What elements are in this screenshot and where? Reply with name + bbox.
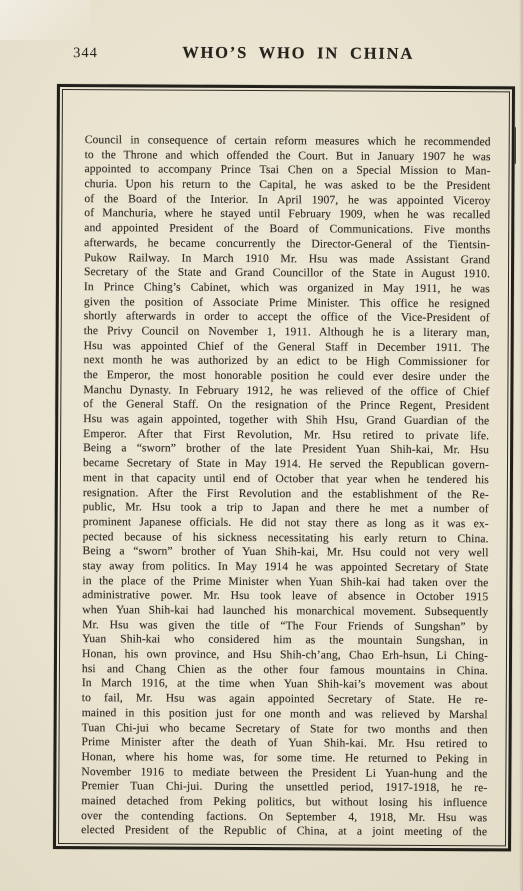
text-line: the Privy Council on November 1, 1911. A… [84,324,490,341]
text-line: the Emperor, the most honorable position… [83,368,489,385]
running-title: WHO’S WHO IN CHINA [182,43,414,63]
scan-artifact [514,127,516,164]
border-frame-inner: Council in consequence of certain reform… [58,89,510,846]
scanned-book-page: 344 WHO’S WHO IN CHINA Council in conseq… [0,0,523,891]
text-line: mained in this position just for one mon… [82,706,488,723]
text-line: afterwards, he became concurrently the D… [84,236,490,253]
text-line: stay away from politics. In May 1914 he … [82,559,488,576]
text-line: elected President of the Republic of Chi… [81,823,487,840]
text-line: Council in consequence of certain reform… [85,133,491,150]
body-text: Council in consequence of certain reform… [81,133,491,840]
running-title-wrap: WHO’S WHO IN CHINA [69,42,523,64]
text-line: ment in that capacity until end of Octob… [83,471,489,488]
text-line: Honan, where his home was, for some time… [81,750,487,767]
scan-edge-shadow [519,0,523,891]
text-line: In Prince Ching’s Cabinet, which was org… [84,280,490,297]
text-line: mained detached from Peking politics, bu… [81,794,487,811]
border-frame: Council in consequence of certain reform… [53,84,515,851]
page-header: 344 WHO’S WHO IN CHINA [0,40,523,71]
text-line: when Yuan Shih-kai had launched his mona… [82,603,488,620]
text-line: prominent Japanese officials. He did not… [83,515,489,532]
